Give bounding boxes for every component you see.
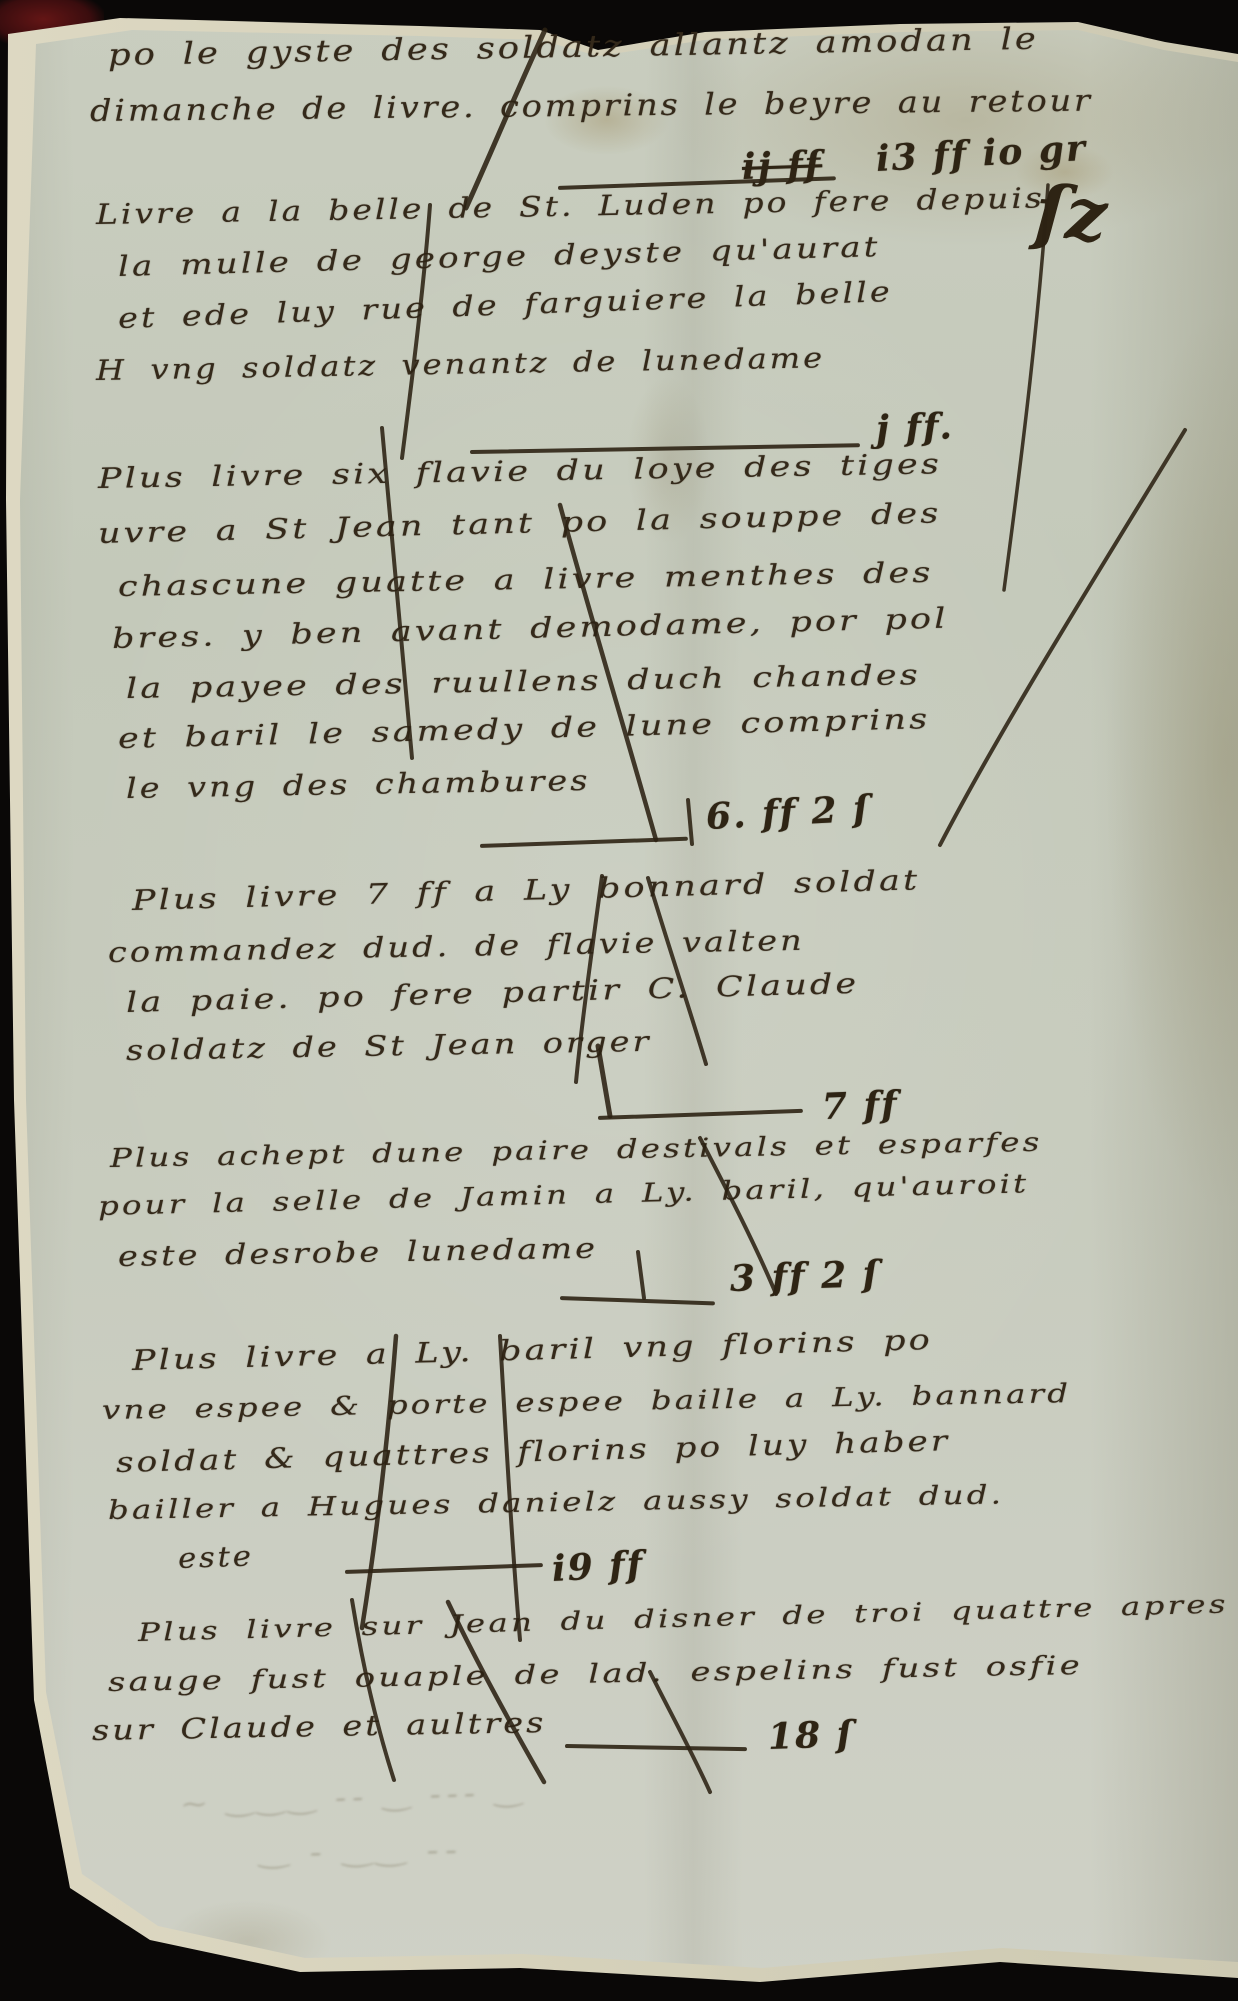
amount-florins: 18 ſ <box>767 1713 855 1758</box>
amount-florins: 3 ff 2 ſ <box>729 1253 881 1300</box>
amount-florins: 7 ff <box>821 1083 899 1128</box>
amount-struck: ij ff <box>741 143 823 188</box>
manuscript-word: este <box>177 1539 254 1575</box>
amount-florins: i9 ff <box>551 1543 645 1590</box>
amount-florins: 6. ff 2 ſ <box>705 787 872 838</box>
scanned-manuscript: po le gyste des soldatz allantz amodan l… <box>0 0 1238 2001</box>
ink-showthrough: ‿ ˗ ‿‿ ˗˗ <box>260 1836 464 1870</box>
amount-florins: j ff. <box>875 405 954 450</box>
